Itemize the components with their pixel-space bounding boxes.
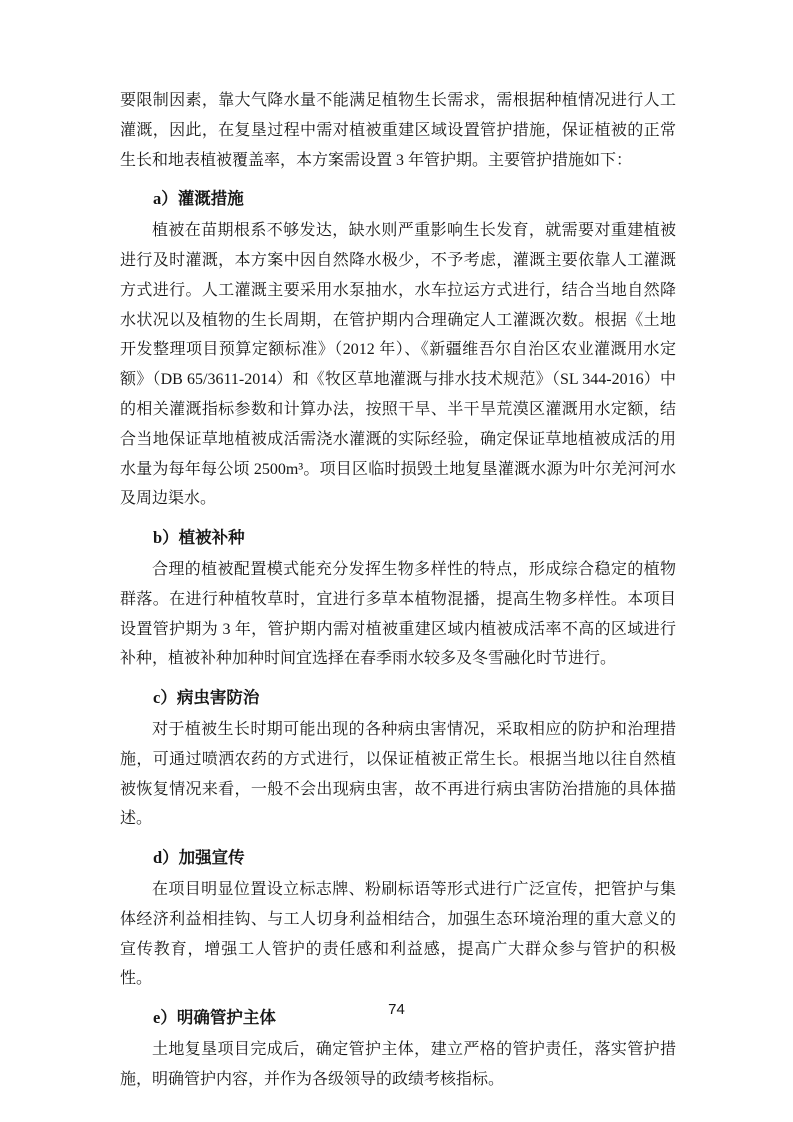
section-heading: d）加强宣传 bbox=[120, 843, 676, 873]
section-paragraph: 土地复垦项目完成后，确定管护主体，建立严格的管护责任，落实管护措施，明确管护内容… bbox=[120, 1035, 676, 1095]
page-number: 74 bbox=[0, 1000, 793, 1020]
document-page: 要限制因素，靠大气降水量不能满足植物生长需求，需根据种植情况进行人工灌溉，因此，… bbox=[0, 0, 793, 1122]
section-paragraph: 对于植被生长时期可能出现的各种病虫害情况，采取相应的防护和治理措施，可通过喷洒农… bbox=[120, 715, 676, 834]
section-heading: b）植被补种 bbox=[120, 523, 676, 553]
section-heading: c）病虫害防治 bbox=[120, 683, 676, 713]
section-heading: a）灌溉措施 bbox=[120, 184, 676, 214]
section-paragraph: 植被在苗期根系不够发达，缺水则严重影响生长发育，就需要对重建植被进行及时灌溉，本… bbox=[120, 216, 676, 514]
intro-paragraph: 要限制因素，靠大气降水量不能满足植物生长需求，需根据种植情况进行人工灌溉，因此，… bbox=[120, 86, 676, 175]
sections: a）灌溉措施植被在苗期根系不够发达，缺水则严重影响生长发育，就需要对重建植被进行… bbox=[120, 184, 676, 1094]
page-body-text: 要限制因素，靠大气降水量不能满足植物生长需求，需根据种植情况进行人工灌溉，因此，… bbox=[120, 86, 676, 1095]
section-paragraph: 在项目明显位置设立标志牌、粉刷标语等形式进行广泛宣传，把管护与集体经济利益相挂钩… bbox=[120, 875, 676, 994]
section-paragraph: 合理的植被配置模式能充分发挥生物多样性的特点，形成综合稳定的植物群落。在进行种植… bbox=[120, 555, 676, 674]
